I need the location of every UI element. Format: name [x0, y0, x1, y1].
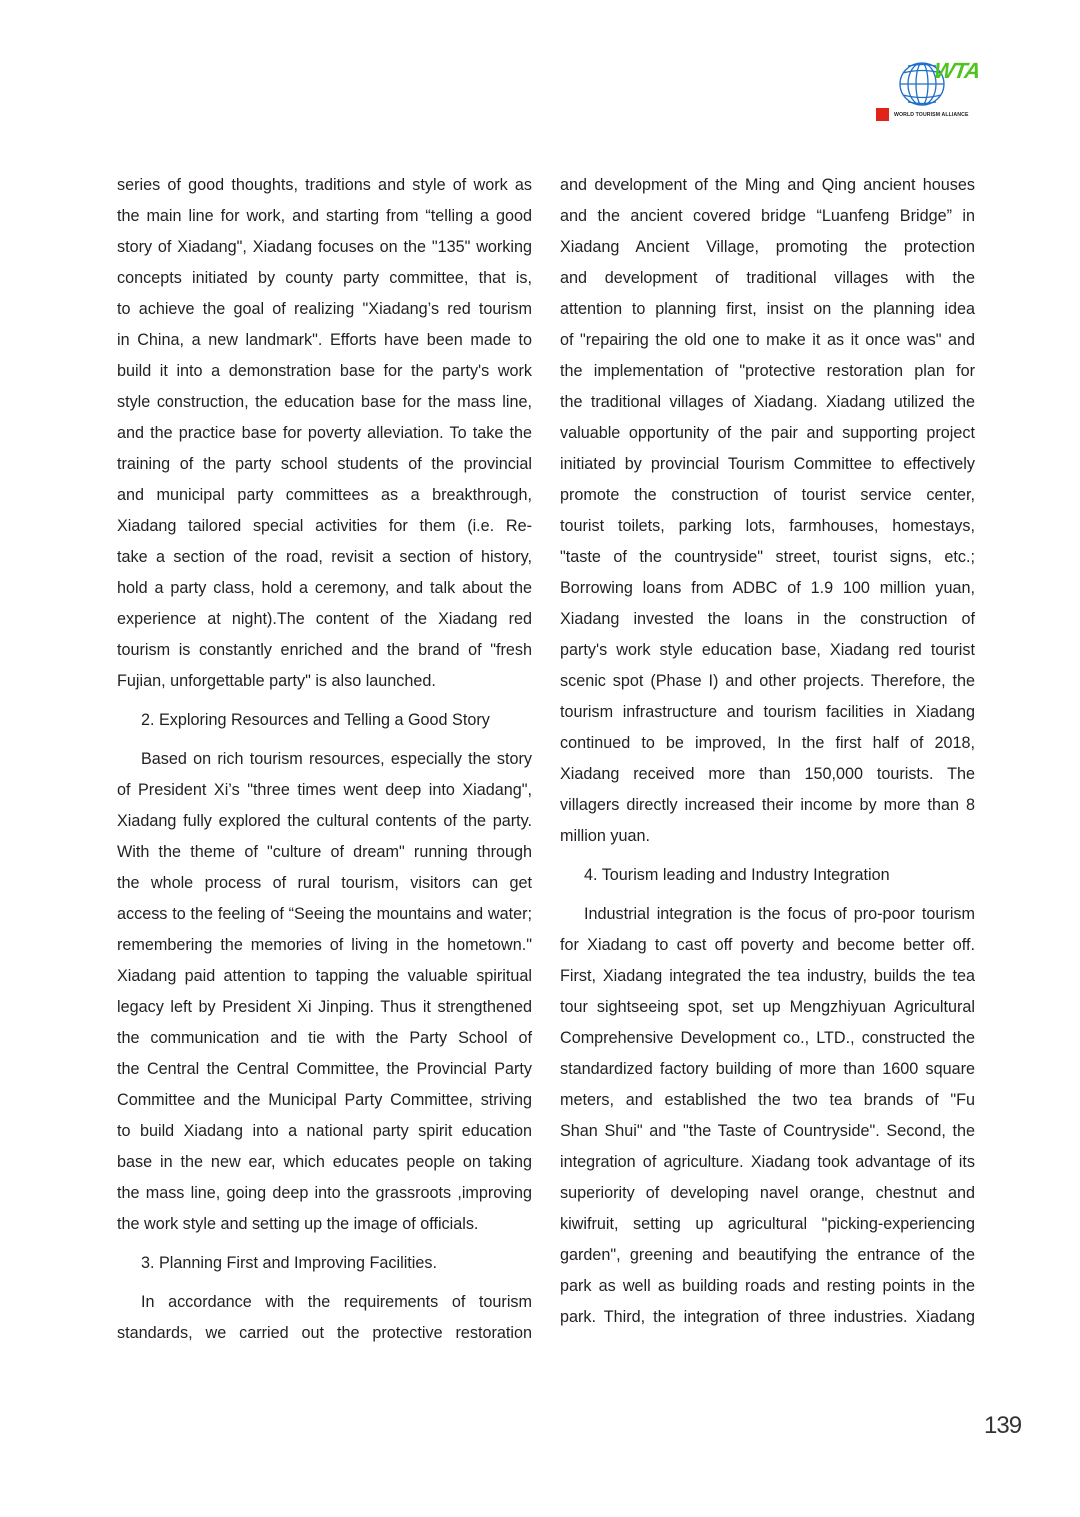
- paragraph: and development of the Ming and Qing anc…: [560, 170, 975, 852]
- text-line: remembering the memories of living in th…: [117, 930, 532, 961]
- text-line: attention to planning first, insist on t…: [560, 294, 975, 325]
- text-line: the main line for work, and starting fro…: [117, 201, 532, 232]
- text-line: and the practice base for poverty allevi…: [117, 418, 532, 449]
- text-line: garden", greening and beautifying the en…: [560, 1240, 975, 1271]
- text-line: Xiadang invested the loans in the constr…: [560, 604, 975, 635]
- text-line: Based on rich tourism resources, especia…: [117, 744, 532, 775]
- text-line: tourism is constantly enriched and the b…: [117, 635, 532, 666]
- text-line: First, Xiadang integrated the tea indust…: [560, 961, 975, 992]
- text-line: tourist toilets, parking lots, farmhouse…: [560, 511, 975, 542]
- paragraph: Based on rich tourism resources, especia…: [117, 744, 532, 1240]
- paragraph: In accordance with the requirements of t…: [117, 1287, 532, 1349]
- text-line: Xiadang Ancient Village, promoting the p…: [560, 232, 975, 263]
- text-line: story of Xiadang", Xiadang focuses on th…: [117, 232, 532, 263]
- text-line: Comprehensive Development co., LTD., con…: [560, 1023, 975, 1054]
- text-line: to build Xiadang into a national party s…: [117, 1116, 532, 1147]
- text-line: the work style and setting up the image …: [117, 1209, 532, 1240]
- text-line: continued to be improved, In the first h…: [560, 728, 975, 759]
- right-column: and development of the Ming and Qing anc…: [560, 170, 975, 1333]
- section-heading-2: 2. Exploring Resources and Telling a Goo…: [117, 705, 532, 736]
- text-line: in China, a new landmark". Efforts have …: [117, 325, 532, 356]
- text-line: park as well as building roads and resti…: [560, 1271, 975, 1302]
- text-line: "taste of the countryside" street, touri…: [560, 542, 975, 573]
- text-line: integration of agriculture. Xiadang took…: [560, 1147, 975, 1178]
- text-line: concepts initiated by county party commi…: [117, 263, 532, 294]
- text-line: Xiadang tailored special activities for …: [117, 511, 532, 542]
- text-line: take a section of the road, revisit a se…: [117, 542, 532, 573]
- text-line: million yuan.: [560, 821, 975, 852]
- text-line: party's work style education base, Xiada…: [560, 635, 975, 666]
- text-line: the mass line, going deep into the grass…: [117, 1178, 532, 1209]
- text-line: style construction, the education base f…: [117, 387, 532, 418]
- text-line: Shan Shui" and "the Taste of Countryside…: [560, 1116, 975, 1147]
- text-line: experience at night).The content of the …: [117, 604, 532, 635]
- section-heading-4: 4. Tourism leading and Industry Integrat…: [560, 860, 975, 891]
- text-line: the whole process of rural tourism, visi…: [117, 868, 532, 899]
- text-line: the communication and tie with the Party…: [117, 1023, 532, 1054]
- text-line: Industrial integration is the focus of p…: [560, 899, 975, 930]
- text-line: superiority of developing navel orange, …: [560, 1178, 975, 1209]
- section-heading-3: 3. Planning First and Improving Faciliti…: [117, 1248, 532, 1279]
- wta-logo: WTA WORLD TOURISM ALLIANCE: [872, 56, 984, 126]
- text-line: Borrowing loans from ADBC of 1.9 100 mil…: [560, 573, 975, 604]
- text-line: In accordance with the requirements of t…: [117, 1287, 532, 1318]
- text-line: With the theme of "culture of dream" run…: [117, 837, 532, 868]
- text-line: standards, we carried out the protective…: [117, 1318, 532, 1349]
- text-line: build it into a demonstration base for t…: [117, 356, 532, 387]
- text-line: the Central the Central Committee, the P…: [117, 1054, 532, 1085]
- text-line: legacy left by President Xi Jinping. Thu…: [117, 992, 532, 1023]
- text-line: standardized factory building of more th…: [560, 1054, 975, 1085]
- text-line: Xiadang fully explored the cultural cont…: [117, 806, 532, 837]
- text-line: and development of the Ming and Qing anc…: [560, 170, 975, 201]
- text-line: of President Xi’s "three times went deep…: [117, 775, 532, 806]
- paragraph: series of good thoughts, traditions and …: [117, 170, 532, 697]
- text-line: hold a party class, hold a ceremony, and…: [117, 573, 532, 604]
- text-line: Fujian, unforgettable party" is also lau…: [117, 666, 532, 697]
- text-line: and municipal party committees as a brea…: [117, 480, 532, 511]
- left-column: series of good thoughts, traditions and …: [117, 170, 532, 1349]
- text-line: base in the new ear, which educates peop…: [117, 1147, 532, 1178]
- text-line: access to the feeling of “Seeing the mou…: [117, 899, 532, 930]
- text-line: Committee and the Municipal Party Commit…: [117, 1085, 532, 1116]
- text-line: and the ancient covered bridge “Luanfeng…: [560, 201, 975, 232]
- text-line: to achieve the goal of realizing "Xiadan…: [117, 294, 532, 325]
- text-line: Xiadang received more than 150,000 touri…: [560, 759, 975, 790]
- text-line: Xiadang paid attention to tapping the va…: [117, 961, 532, 992]
- text-line: the traditional villages of Xiadang. Xia…: [560, 387, 975, 418]
- text-line: meters, and established the two tea bran…: [560, 1085, 975, 1116]
- text-line: the implementation of "protective restor…: [560, 356, 975, 387]
- text-line: of "repairing the old one to make it as …: [560, 325, 975, 356]
- text-line: tourism infrastructure and tourism facil…: [560, 697, 975, 728]
- text-line: training of the party school students of…: [117, 449, 532, 480]
- text-line: and development of traditional villages …: [560, 263, 975, 294]
- red-square-mark: [876, 108, 889, 121]
- text-line: villagers directly increased their incom…: [560, 790, 975, 821]
- page-number: 139: [984, 1412, 1021, 1440]
- text-line: for Xiadang to cast off poverty and beco…: [560, 930, 975, 961]
- text-line: initiated by provincial Tourism Committe…: [560, 449, 975, 480]
- text-line: series of good thoughts, traditions and …: [117, 170, 532, 201]
- text-line: valuable opportunity of the pair and sup…: [560, 418, 975, 449]
- text-line: promote the construction of tourist serv…: [560, 480, 975, 511]
- wta-acronym: WTA: [932, 58, 981, 84]
- text-line: tour sightseeing spot, set up Mengzhiyua…: [560, 992, 975, 1023]
- text-line: kiwifruit, setting up agricultural "pick…: [560, 1209, 975, 1240]
- paragraph: Industrial integration is the focus of p…: [560, 899, 975, 1333]
- text-line: park. Third, the integration of three in…: [560, 1302, 975, 1333]
- text-line: scenic spot (Phase I) and other projects…: [560, 666, 975, 697]
- org-name: WORLD TOURISM ALLIANCE: [894, 112, 969, 118]
